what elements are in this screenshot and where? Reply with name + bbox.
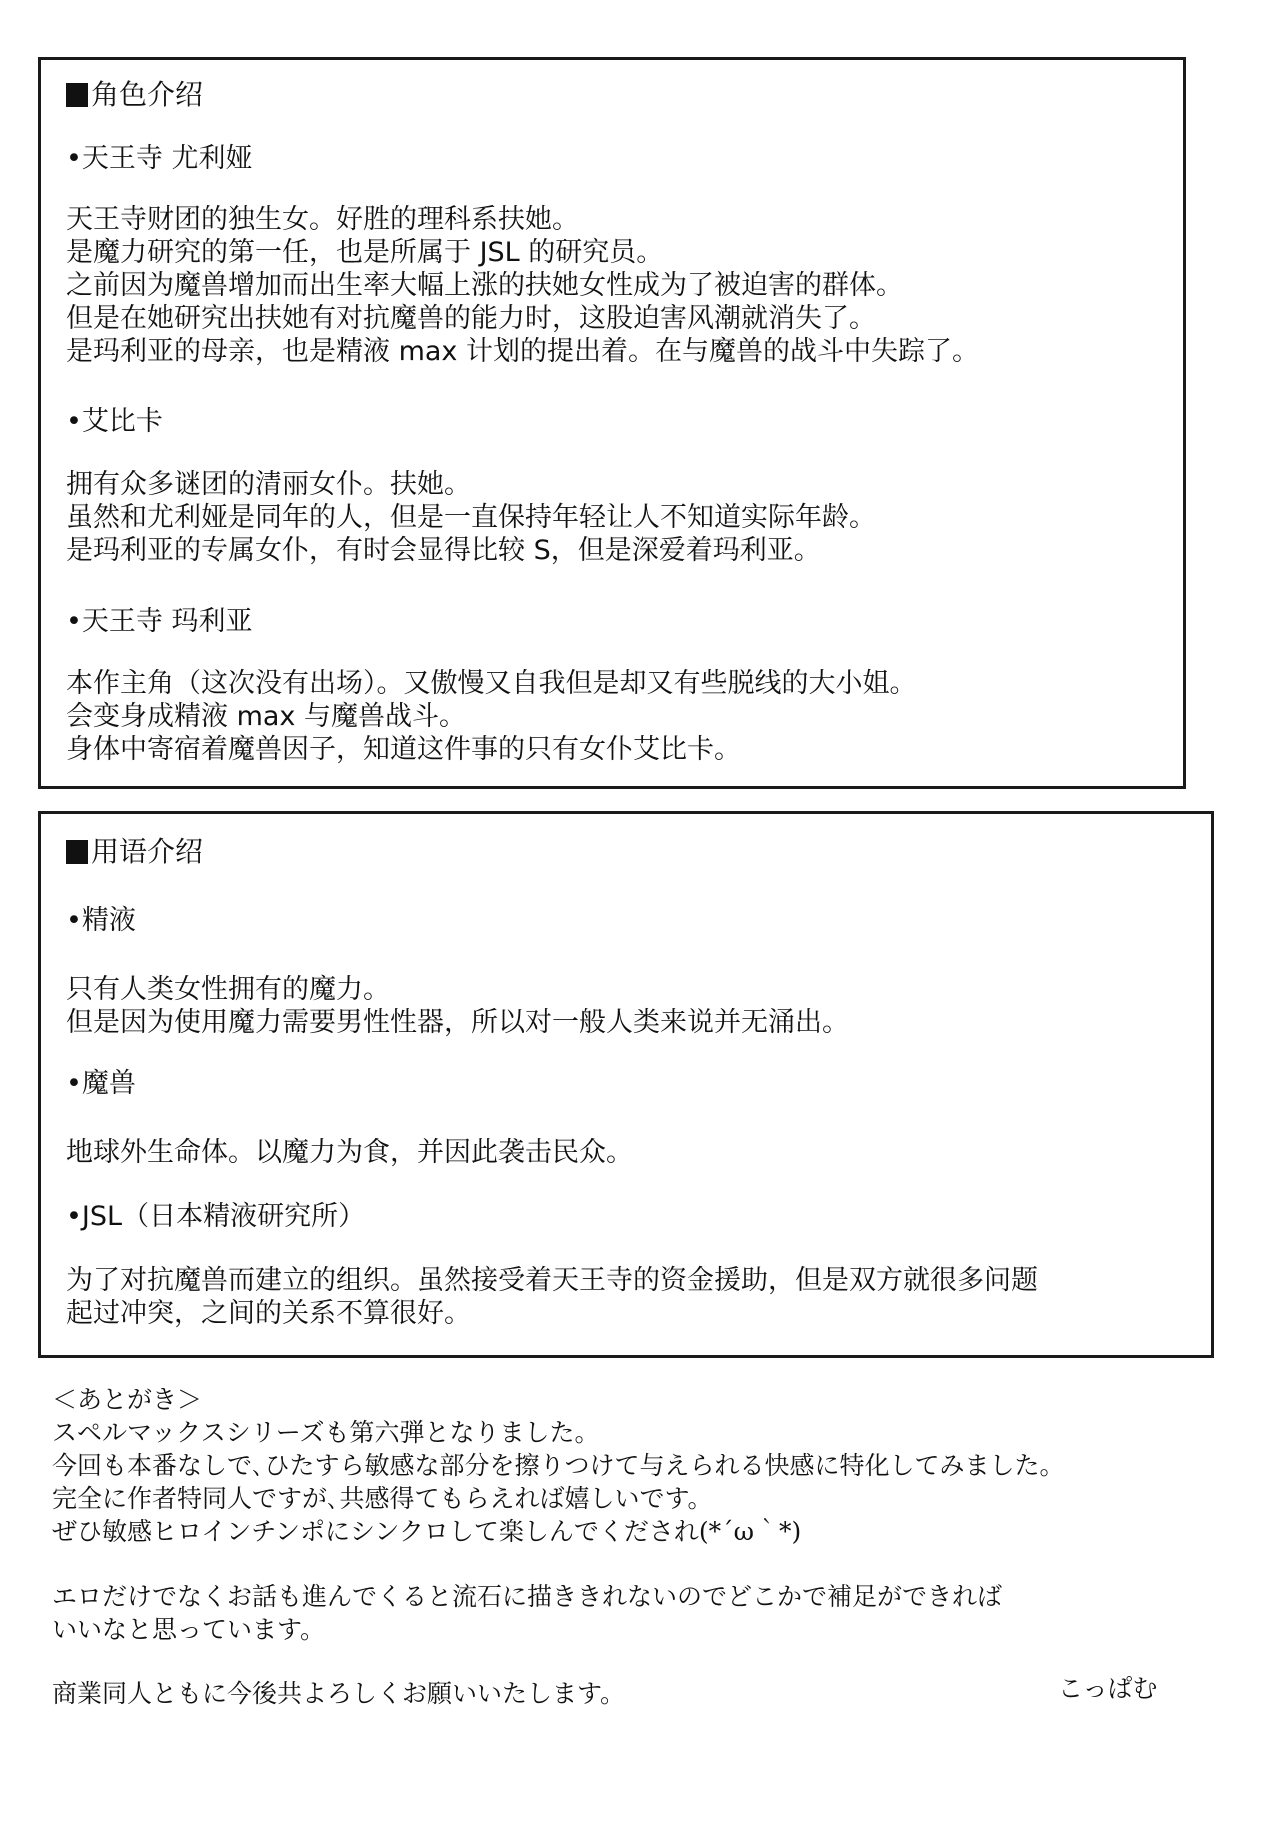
term-desc-seieki: 只有人类女性拥有的魔力。 但是因为使用魔力需要男性性器，所以对一般人类来说并无涌…	[66, 973, 849, 1039]
term-name-majuu: •魔兽	[66, 1067, 136, 1101]
afterword-paragraph-1: スペルマックスシリーズも第六弾となりました。 今回も本番なしで､ひたすら敏感な部…	[52, 1416, 1065, 1548]
character-name-yuria: •天王寺 尤利娅	[66, 142, 253, 176]
desc-line: 但是因为使用魔力需要男性性器，所以对一般人类来说并无涌出。	[66, 1006, 849, 1039]
desc-line: 是玛利亚的专属女仆，有时会显得比较 S，但是深爱着玛利亚。	[66, 534, 876, 567]
desc-line: 为了对抗魔兽而建立的组织。虽然接受着天王寺的资金援助，但是双方就很多问题	[66, 1264, 1038, 1297]
desc-line: 起过冲突，之间的关系不算很好。	[66, 1297, 1038, 1330]
desc-line: 会变身成精液 max 与魔兽战斗。	[66, 700, 917, 733]
desc-line: 只有人类女性拥有的魔力。	[66, 973, 849, 1006]
desc-line: 本作主角（这次没有出场）。又傲慢又自我但是却又有些脱线的大小姐。	[66, 667, 917, 700]
afterword-line: 今回も本番なしで､ひたすら敏感な部分を擦りつけて与えられる快感に特化してみました…	[52, 1449, 1065, 1482]
afterword-line: スペルマックスシリーズも第六弾となりました。	[52, 1416, 1065, 1449]
black-square-icon	[66, 840, 88, 864]
desc-line: 之前因为魔兽增加而出生率大幅上涨的扶她女性成为了被迫害的群体。	[66, 269, 979, 302]
character-desc-maria: 本作主角（这次没有出场）。又傲慢又自我但是却又有些脱线的大小姐。 会变身成精液 …	[66, 667, 917, 766]
character-desc-ebika: 拥有众多谜团的清丽女仆。扶她。 虽然和尤利娅是同年的人，但是一直保持年轻让人不知…	[66, 468, 876, 567]
afterword-paragraph-2: エロだけでなくお話も進んでくると流石に描ききれないのでどこかで補足ができれば い…	[52, 1580, 1002, 1646]
author-signature: こっぱむ	[1058, 1672, 1158, 1705]
desc-line: 但是在她研究出扶她有对抗魔兽的能力时，这股迫害风潮就消失了。	[66, 302, 979, 335]
desc-line: 天王寺财团的独生女。好胜的理科系扶她。	[66, 203, 979, 236]
term-name-seieki: •精液	[66, 904, 136, 938]
afterword-line: ぜひ敏感ヒロインチンポにシンクロして楽しんでくだされ(*´ω｀*)	[52, 1515, 1065, 1548]
terms-intro-heading: 用语介绍	[66, 835, 203, 869]
afterword-line: エロだけでなくお話も進んでくると流石に描ききれないのでどこかで補足ができれば	[52, 1580, 1002, 1613]
desc-line: 地球外生命体。以魔力为食，并因此袭击民众。	[66, 1136, 633, 1169]
character-name-ebika: •艾比卡	[66, 405, 163, 439]
desc-line: 拥有众多谜团的清丽女仆。扶她。	[66, 468, 876, 501]
afterword-line: 完全に作者特同人ですが､共感得てもらえれば嬉しいです。	[52, 1482, 1065, 1515]
desc-line: 虽然和尤利娅是同年的人，但是一直保持年轻让人不知道实际年龄。	[66, 501, 876, 534]
afterword-line: いいなと思っています。	[52, 1613, 1002, 1646]
term-desc-jsl: 为了对抗魔兽而建立的组织。虽然接受着天王寺的资金援助，但是双方就很多问题 起过冲…	[66, 1264, 1038, 1330]
character-intro-heading: 角色介绍	[66, 78, 203, 112]
character-name-maria: •天王寺 玛利亚	[66, 605, 253, 639]
black-square-icon	[66, 83, 88, 107]
desc-line: 是玛利亚的母亲，也是精液 max 计划的提出着。在与魔兽的战斗中失踪了。	[66, 335, 979, 368]
desc-line: 身体中寄宿着魔兽因子，知道这件事的只有女仆艾比卡。	[66, 733, 917, 766]
character-desc-yuria: 天王寺财团的独生女。好胜的理科系扶她。 是魔力研究的第一任，也是所属于 JSL …	[66, 203, 979, 368]
terms-intro-title: 用语介绍	[91, 835, 203, 868]
character-intro-title: 角色介绍	[91, 78, 203, 111]
afterword-closing: 商業同人ともに今後共よろしくお願いいたします。	[52, 1677, 625, 1710]
desc-line: 是魔力研究的第一任，也是所属于 JSL 的研究员。	[66, 236, 979, 269]
term-desc-majuu: 地球外生命体。以魔力为食，并因此袭击民众。	[66, 1136, 633, 1169]
afterword-title: ＜あとがき＞	[52, 1383, 202, 1416]
term-name-jsl: •JSL（日本精液研究所）	[66, 1200, 365, 1234]
